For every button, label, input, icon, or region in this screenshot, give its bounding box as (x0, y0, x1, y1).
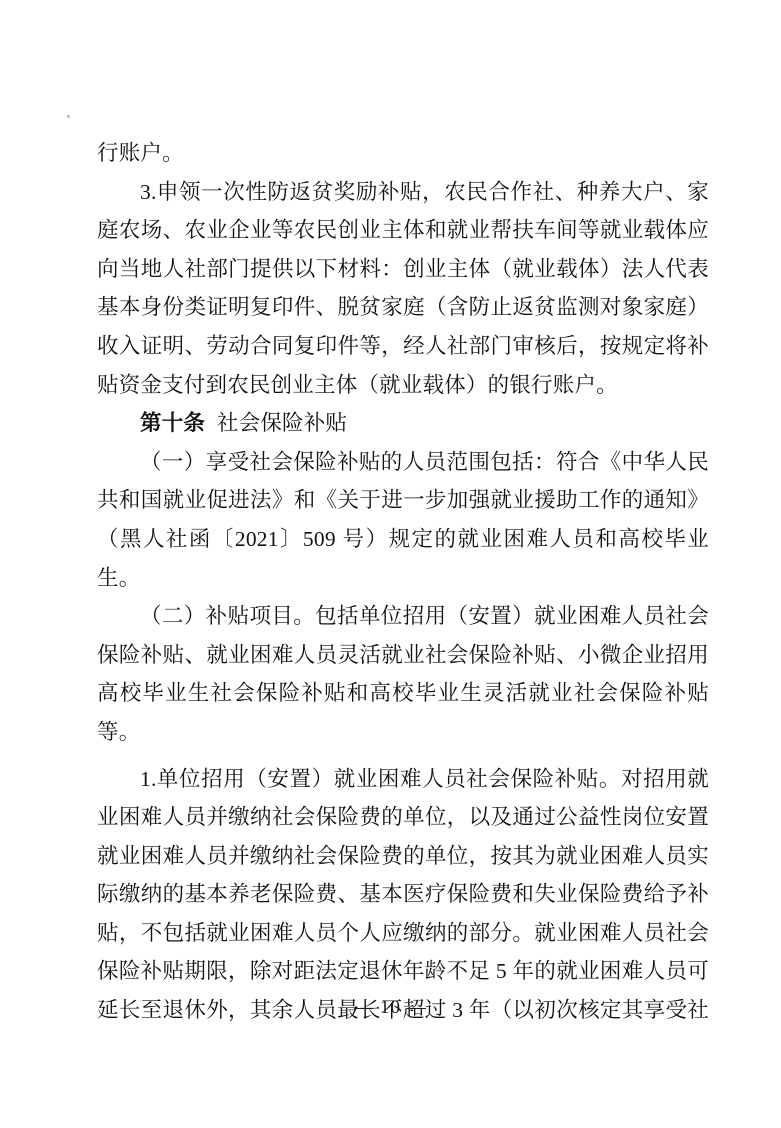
text-line: 共和国就业促进法》和《关于进一步加强就业援助工作的通知》 (97, 481, 709, 520)
document-body: 行账户。3.申领一次性防返贫奖励补贴，农民合作社、种养大户、家庭农场、农业企业等… (97, 134, 709, 1030)
article-title: 社会保险补贴 (217, 411, 347, 435)
text-line: 庭农场、农业企业等农民创业主体和就业帮扶车间等就业载体应 (97, 211, 709, 250)
text-line: 等。 (97, 713, 709, 752)
text-line: 基本身份类证明复印件、脱贫家庭（含防止返贫监测对象家庭） (97, 288, 709, 327)
text-line: 保险补贴期限，除对距法定退休年龄不足 5 年的就业困难人员可 (97, 952, 709, 991)
para-section-2: （二）补贴项目。包括单位招用（安置）就业困难人员社会保险补贴、就业困难人员灵活就… (97, 597, 709, 751)
text-line: 向当地人社部门提供以下材料：创业主体（就业载体）法人代表 (97, 250, 709, 289)
para-continued-from-previous-page: 行账户。 (97, 134, 709, 173)
text-line: 1.单位招用（安置）就业困难人员社会保险补贴。对招用就 (97, 760, 709, 799)
text-line: （黑人社函〔2021〕509 号）规定的就业困难人员和高校毕业生。 (97, 520, 709, 597)
document-page: 行账户。3.申领一次性防返贫奖励补贴，农民合作社、种养大户、家庭农场、农业企业等… (0, 0, 781, 1128)
text-line: 收入证明、劳动合同复印件等，经人社部门审核后，按规定将补 (97, 327, 709, 366)
text-line: 贴，不包括就业困难人员个人应缴纳的部分。就业困难人员社会 (97, 914, 709, 953)
para-section-1: （一）享受社会保险补贴的人员范围包括：符合《中华人民共和国就业促进法》和《关于进… (97, 443, 709, 597)
text-line: 行账户。 (97, 134, 709, 173)
text-line: 3.申领一次性防返贫奖励补贴，农民合作社、种养大户、家 (97, 173, 709, 212)
scan-artifact-dot (67, 115, 70, 118)
heading-article-10: 第十条社会保险补贴 (97, 404, 709, 443)
article-number: 第十条 (140, 411, 205, 435)
text-line: （二）补贴项目。包括单位招用（安置）就业困难人员社会 (97, 597, 709, 636)
text-line: 保险补贴、就业困难人员灵活就业社会保险补贴、小微企业招用 (97, 636, 709, 675)
text-line: 高校毕业生社会保险补贴和高校毕业生灵活就业社会保险补贴 (97, 674, 709, 713)
para-item-3: 3.申领一次性防返贫奖励补贴，农民合作社、种养大户、家庭农场、农业企业等农民创业… (97, 173, 709, 405)
text-line: （一）享受社会保险补贴的人员范围包括：符合《中华人民 (97, 443, 709, 482)
para-item-1-unit-hiring: 1.单位招用（安置）就业困难人员社会保险补贴。对招用就业困难人员并缴纳社会保险费… (97, 760, 709, 1030)
page-number: — 10 — (354, 997, 427, 1018)
text-line: 际缴纳的基本养老保险费、基本医疗保险费和失业保险费给予补 (97, 875, 709, 914)
text-line: 贴资金支付到农民创业主体（就业载体）的银行账户。 (97, 366, 709, 405)
text-line: 业困难人员并缴纳社会保险费的单位，以及通过公益性岗位安置 (97, 798, 709, 837)
text-line: 就业困难人员并缴纳社会保险费的单位，按其为就业困难人员实 (97, 837, 709, 876)
page-footer: — 10 — (0, 997, 781, 1019)
heading-line: 第十条社会保险补贴 (97, 404, 709, 443)
